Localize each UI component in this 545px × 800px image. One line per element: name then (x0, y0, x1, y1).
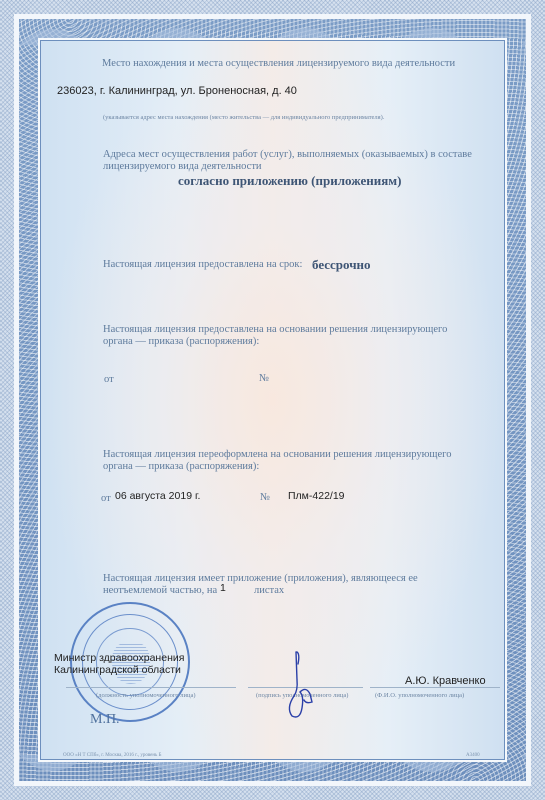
printer-info: ООО «Н Т СПб», г. Москва, 2016 г., урове… (63, 750, 161, 762)
license-page: Место нахождения и места осуществления л… (0, 0, 545, 800)
term-value: бессрочно (312, 257, 371, 273)
term-label: Настоящая лицензия предоставлена на срок… (103, 259, 302, 271)
appendix-line-2-suffix: листах (254, 585, 284, 597)
reissued-number-value: Плм-422/19 (288, 490, 345, 502)
address-value: 236023, г. Калининград, ул. Броненосная,… (57, 85, 297, 97)
position-line-1: Министр здравоохранения (54, 652, 184, 664)
granted-from-label: от (104, 374, 114, 386)
reissued-date-value: 06 августа 2019 г. (115, 490, 200, 502)
position-hint: (должность уполномоченного лица) (96, 690, 196, 702)
position-underline (66, 687, 236, 688)
location-heading: Место нахождения и места осуществления л… (102, 58, 455, 70)
granted-number-label: № (259, 373, 269, 385)
address-hint: (указывается адрес места нахождения (мес… (103, 112, 384, 124)
seal-label: М.П. (90, 712, 120, 728)
granted-basis-line-1: Настоящая лицензия предоставлена на осно… (103, 324, 447, 336)
reissued-from-label: от (101, 493, 111, 505)
appendix-sheets-value: 1 (220, 582, 226, 594)
name-hint: (Ф.И.О. уполномоченного лица) (375, 690, 464, 702)
granted-basis-line-2: органа — приказа (распоряжения): (103, 336, 259, 348)
form-code: А3400 (466, 750, 480, 762)
position-line-2: Калининградской области (54, 664, 181, 676)
work-addresses-label-2: лицензируемого вида деятельности (103, 161, 262, 173)
work-addresses-value: согласно приложению (приложениям) (178, 173, 401, 189)
reissued-basis-line-1: Настоящая лицензия переоформлена на осно… (103, 449, 451, 461)
reissued-number-label: № (260, 492, 270, 504)
signatory-name: А.Ю. Кравченко (405, 675, 486, 687)
appendix-line-1: Настоящая лицензия имеет приложение (при… (103, 573, 418, 585)
reissued-basis-line-2: органа — приказа (распоряжения): (103, 461, 259, 473)
name-underline (370, 687, 500, 688)
appendix-line-2-prefix: неотъемлемой частью, на (103, 585, 217, 597)
work-addresses-label-1: Адреса мест осуществления работ (услуг),… (103, 149, 472, 161)
handwritten-signature (282, 650, 322, 720)
